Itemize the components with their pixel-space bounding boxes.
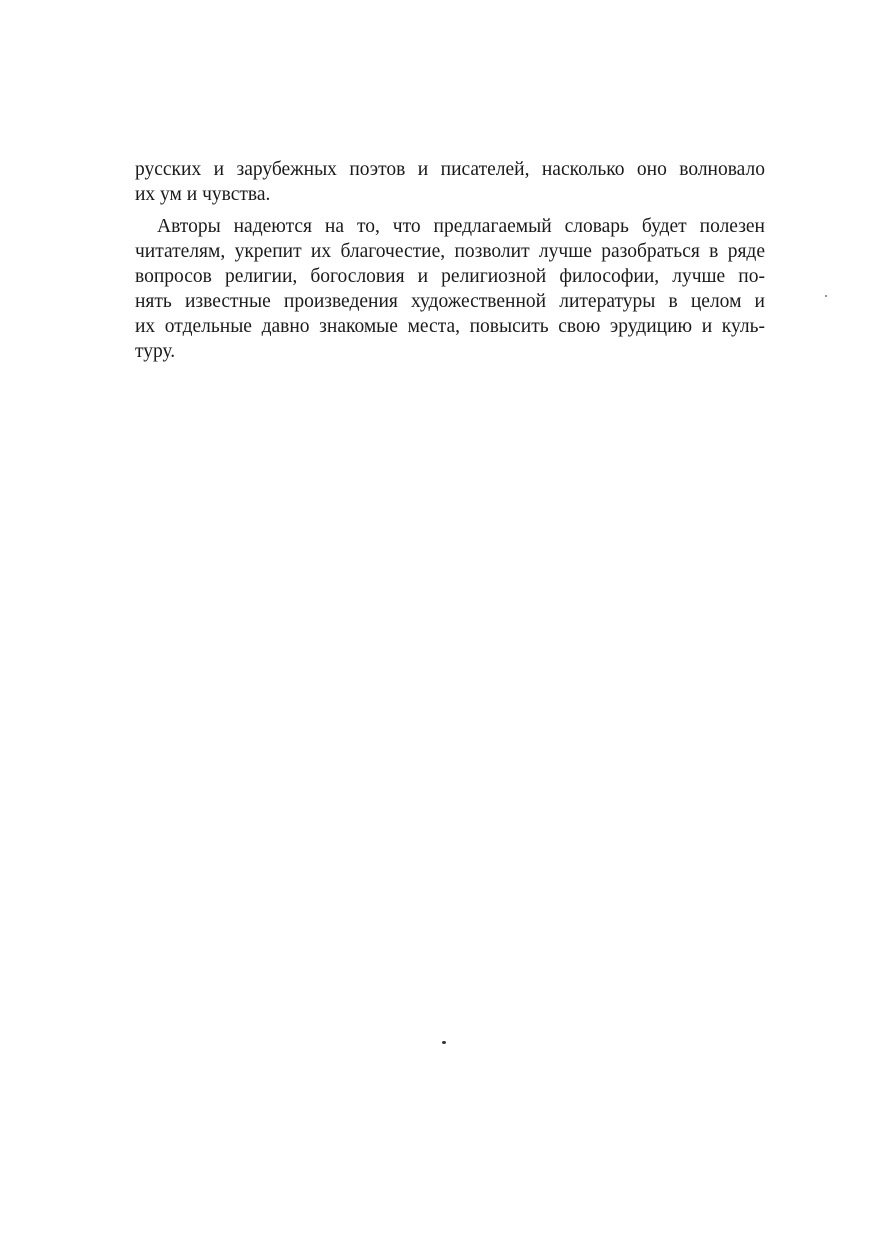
paragraph-gap xyxy=(135,207,765,214)
scan-speck xyxy=(825,295,827,297)
text-line: вопросов религии, богословия и религиозн… xyxy=(135,264,765,289)
text-line: Авторы надеются на то, что предлагаемый … xyxy=(135,214,765,239)
text-line: их отдельные давно знакомые места, повыс… xyxy=(135,314,765,339)
paragraph-continued: русских и зарубежных поэтов и писателей,… xyxy=(135,157,765,207)
document-page: русских и зарубежных поэтов и писателей,… xyxy=(0,0,875,1241)
text-line: русских и зарубежных поэтов и писателей,… xyxy=(135,157,765,182)
text-line: их ум и чувства. xyxy=(135,182,765,207)
paragraph-authors-hope: Авторы надеются на то, что предлагаемый … xyxy=(135,214,765,364)
body-text: русских и зарубежных поэтов и писателей,… xyxy=(135,157,765,364)
text-line: нять известные произведения художественн… xyxy=(135,289,765,314)
text-line: читателям, укрепит их благочестие, позво… xyxy=(135,239,765,264)
text-line: туру. xyxy=(135,339,765,364)
scan-speck xyxy=(442,1041,446,1044)
